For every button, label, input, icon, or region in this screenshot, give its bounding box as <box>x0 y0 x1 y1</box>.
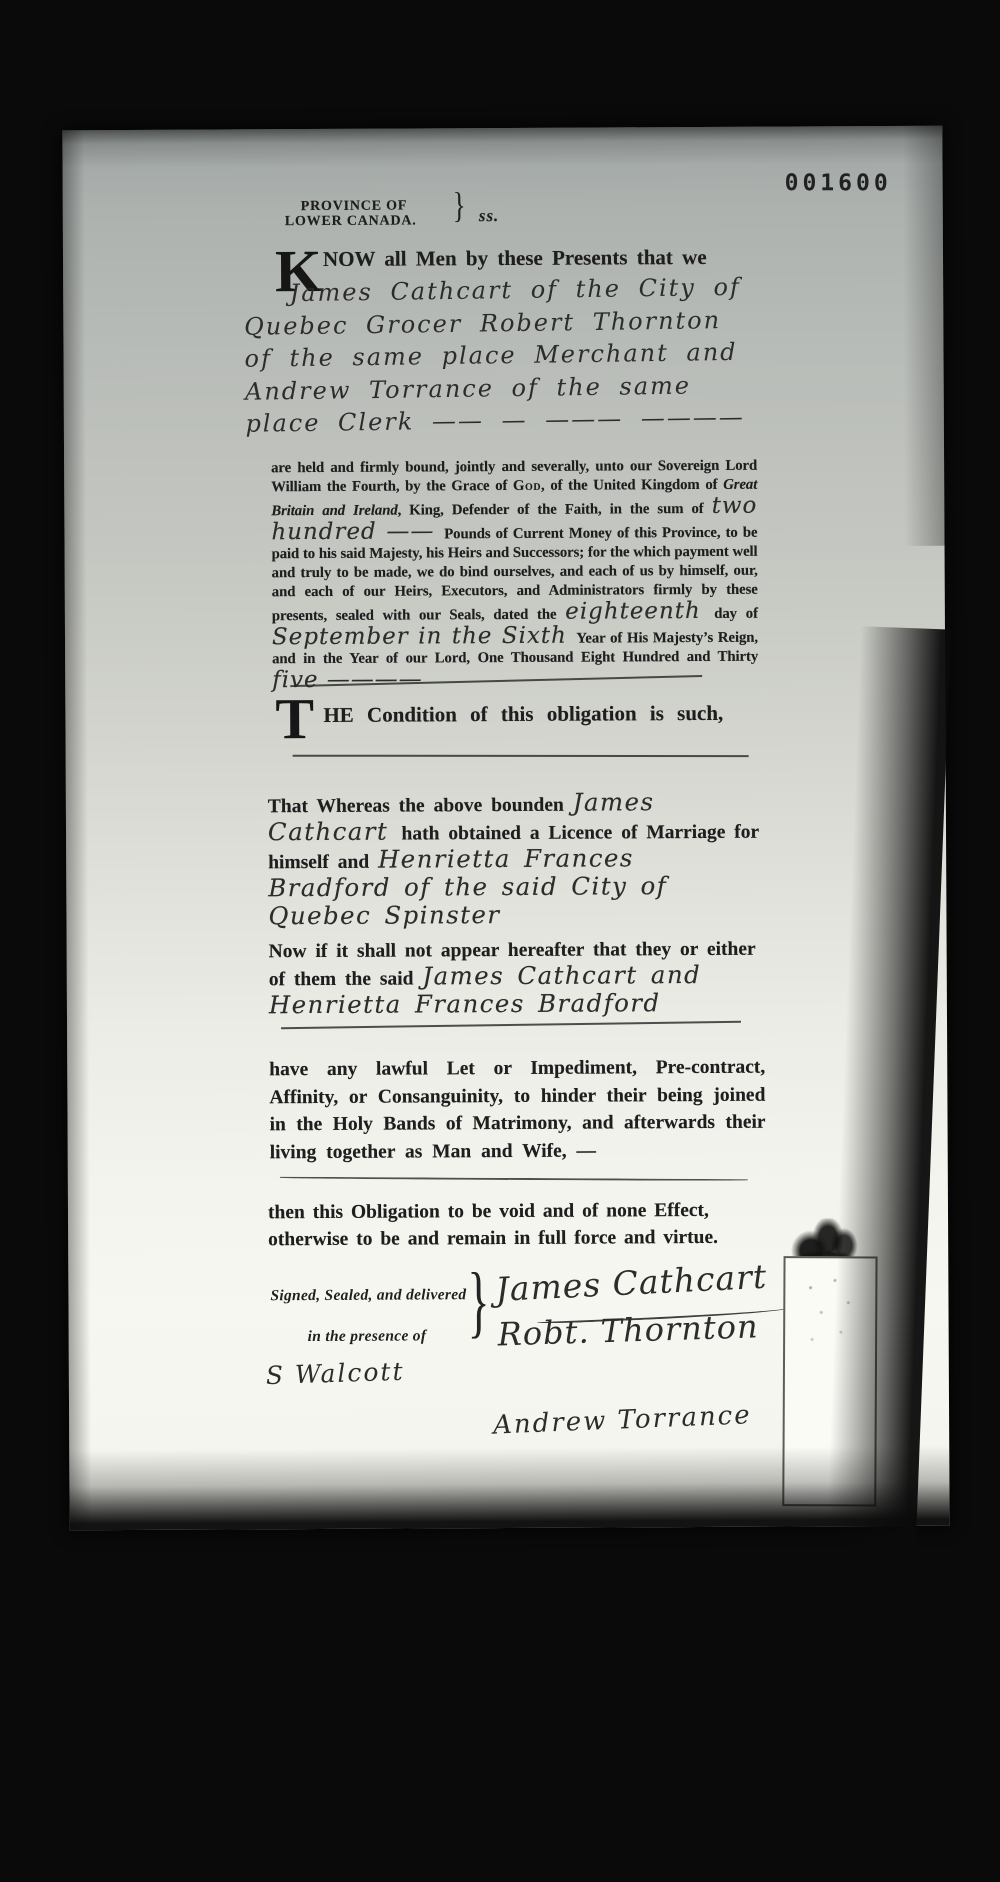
page-top-right-shadow <box>902 126 944 546</box>
text-segment-smallcaps: God <box>513 478 541 494</box>
jurat-province-line2: LOWER CANADA. <box>285 213 417 229</box>
bond-paragraph: are held and firmly bound, jointly and s… <box>271 457 758 694</box>
jurat-brace: } <box>453 185 466 227</box>
signature-james-cathcart: James Cathcart <box>495 1257 768 1309</box>
attestation-brace: } <box>467 1254 490 1347</box>
obligor-handwritten-lines: James Cathcart of the City ofQuebec Groc… <box>243 270 805 440</box>
impediment-paragraph: have any lawful Let or Impediment, Pre-c… <box>269 1054 766 1167</box>
handwritten-line: place Clerk —— — ——— ———— <box>245 400 805 440</box>
text-segment-print: day of <box>714 606 758 622</box>
text-segment-print: , of the United Kingdom of <box>541 477 723 494</box>
section-rule-below-impediment <box>280 1177 748 1181</box>
whereas-paragraph: That Whereas the above bounden James Cat… <box>268 790 763 933</box>
jurat-province-line1: PROVINCE OF <box>285 198 417 214</box>
signature-andrew-torrance: Andrew Torrance <box>493 1400 753 1440</box>
text-segment-hand: September in the Sixth <box>272 623 577 651</box>
void-paragraph: then this Obligation to be void and of n… <box>268 1197 766 1254</box>
document-page: PROVINCE OF LOWER CANADA. } ss. 001600 K… <box>62 126 949 1531</box>
page-left-shadow <box>62 130 91 1530</box>
nowif-paragraph: Now if it shall not appear hereafter tha… <box>269 936 763 1022</box>
condition-heading: HE Condition of this obligation is such, <box>323 700 823 728</box>
jurat-province: PROVINCE OF LOWER CANADA. <box>285 198 417 229</box>
jurat-ss-abbreviation: ss. <box>479 206 500 226</box>
text-segment-print: That Whereas the above bounden <box>268 795 573 818</box>
page-right-shadow <box>826 626 951 1553</box>
signature-robert-thornton: Robt. Thornton <box>497 1307 759 1353</box>
text-segment-print: , King, Defender of the Faith, in the su… <box>398 501 712 519</box>
document-stamp-number: 001600 <box>785 170 892 196</box>
attestation-signed-label: Signed, Sealed, and delivered <box>270 1286 466 1305</box>
condition-paragraphs: That Whereas the above bounden James Cat… <box>268 790 763 1028</box>
section-rule-below-condition <box>293 755 749 757</box>
scanner-background: PROVINCE OF LOWER CANADA. } ss. 001600 K… <box>0 0 1000 1882</box>
text-segment-hand: eighteenth <box>565 598 714 625</box>
opening-heading: NOW all Men by these Presents that we <box>323 244 823 272</box>
attestation-presence-label: in the presence of <box>308 1327 427 1346</box>
signature-witness-walcott: S Walcott <box>265 1357 404 1390</box>
condition-dropcap: T <box>275 695 314 743</box>
